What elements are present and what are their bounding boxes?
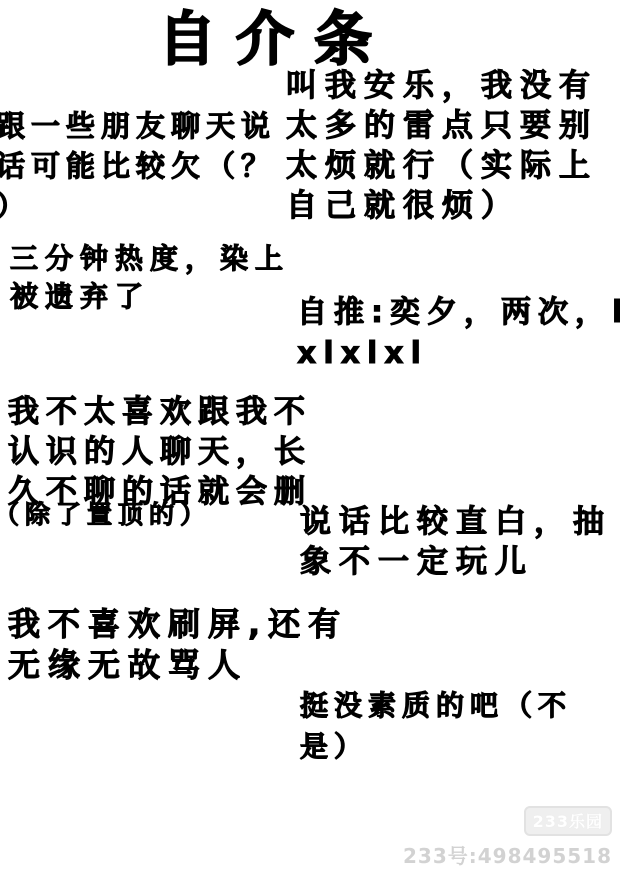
note-hobby: 三分钟热度，染上 被遗弃了	[10, 240, 290, 316]
note-friends: 跟一些朋友聊天说 话可能比较欠（？ ）	[0, 106, 276, 226]
note-hobby-line: 被遗弃了	[10, 278, 290, 316]
note-oshi-line: xlxlxl	[297, 333, 620, 374]
note-spam-line: 无缘无故骂人	[8, 645, 348, 686]
note-friends-line: 话可能比较欠（？	[0, 146, 276, 186]
note-friends-line: ）	[0, 186, 276, 226]
note-friends-line: 跟一些朋友聊天说	[0, 106, 276, 146]
note-spam: 我不喜欢刷屏,还有 无缘无故骂人	[8, 604, 348, 686]
note-hobby-line: 三分钟热度，染上	[10, 240, 290, 278]
note-quality-line: 挺没素质的吧（不	[300, 685, 572, 726]
note-chat-sub-line: （除了置顶的）	[0, 500, 211, 530]
note-oshi: 自推:奕夕，两次，l xlxlxl	[297, 292, 620, 374]
note-intro-line: 太多的雷点只要别	[286, 106, 598, 146]
note-direct-line: 象不一定玩儿	[300, 542, 612, 582]
watermark: 233乐园 233号:498495518	[403, 806, 612, 869]
note-chat: 我不太喜欢跟我不 认识的人聊天，长 久不聊的话就会删	[8, 392, 312, 512]
note-intro-line: 叫我安乐，我没有	[286, 66, 598, 106]
page-title: 自介条	[158, 0, 392, 76]
note-quality: 挺没素质的吧（不 是）	[300, 685, 572, 767]
self-intro-note-page: 自介条 叫我安乐，我没有 太多的雷点只要别 太烦就行（实际上 自己就很烦） 跟一…	[0, 0, 620, 877]
note-chat-sub: （除了置顶的）	[0, 500, 211, 530]
note-direct: 说话比较直白，抽 象不一定玩儿	[300, 502, 612, 582]
note-intro: 叫我安乐，我没有 太多的雷点只要别 太烦就行（实际上 自己就很烦）	[286, 66, 598, 226]
note-chat-line: 认识的人聊天，长	[8, 432, 312, 472]
233-leyuan-logo-badge: 233乐园	[524, 806, 612, 836]
note-intro-line: 太烦就行（实际上	[286, 146, 598, 186]
note-chat-line: 我不太喜欢跟我不	[8, 392, 312, 432]
watermark-id-text: 233号:498495518	[403, 840, 612, 869]
note-direct-line: 说话比较直白，抽	[300, 502, 612, 542]
note-oshi-line: 自推:奕夕，两次，l	[297, 292, 620, 333]
note-spam-line: 我不喜欢刷屏,还有	[8, 604, 348, 645]
note-quality-line: 是）	[300, 726, 572, 767]
note-intro-line: 自己就很烦）	[286, 186, 598, 226]
